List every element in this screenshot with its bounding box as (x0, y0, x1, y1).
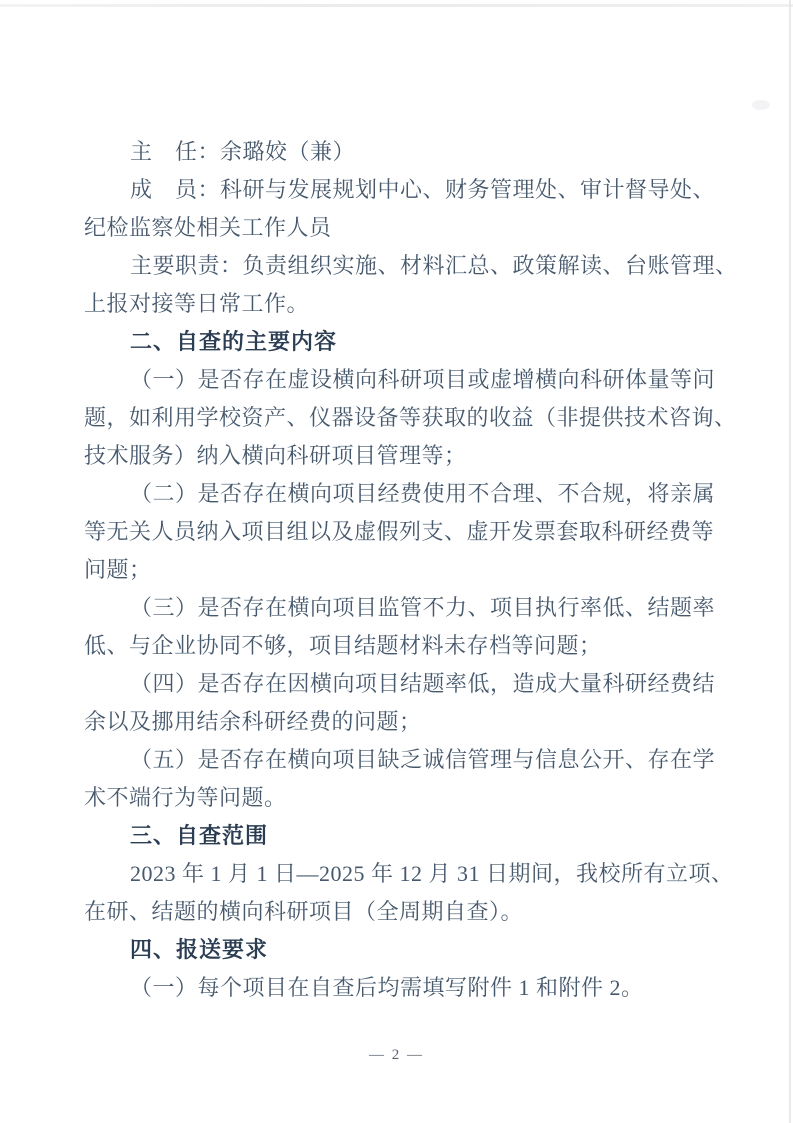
document-body: 主 任：余璐姣（兼）成 员：科研与发展规划中心、财务管理处、审计督导处、纪检监察… (84, 133, 730, 1007)
document-line: 在研、结题的横向科研项目（全周期自查）。 (84, 893, 730, 931)
document-line: 低、与企业协同不够，项目结题材料未存档等问题； (84, 627, 730, 665)
scan-artifact-smudge (752, 100, 770, 110)
document-line: 主要职责：负责组织实施、材料汇总、政策解读、台账管理、 (84, 247, 730, 285)
page-footer: — 2 — (0, 1046, 793, 1064)
document-line: 成 员：科研与发展规划中心、财务管理处、审计督导处、 (84, 171, 730, 209)
document-line: （五）是否存在横向项目缺乏诚信管理与信息公开、存在学 (84, 741, 730, 779)
document-line: 余以及挪用结余科研经费的问题； (84, 703, 730, 741)
document-line: （二）是否存在横向项目经费使用不合理、不合规，将亲属 (84, 475, 730, 513)
document-line: 术不端行为等问题。 (84, 779, 730, 817)
document-line: 等无关人员纳入项目组以及虚假列支、虚开发票套取科研经费等 (84, 513, 730, 551)
section-heading: 二、自查的主要内容 (84, 323, 730, 361)
scan-artifact-top-edge (0, 4, 793, 7)
scan-artifact-right-edge (789, 0, 791, 1123)
document-page: 主 任：余璐姣（兼）成 员：科研与发展规划中心、财务管理处、审计督导处、纪检监察… (0, 0, 793, 1123)
section-heading: 四、报送要求 (84, 931, 730, 969)
document-line: （四）是否存在因横向项目结题率低，造成大量科研经费结 (84, 665, 730, 703)
document-line: 问题； (84, 551, 730, 589)
document-line: 上报对接等日常工作。 (84, 285, 730, 323)
document-line: 2023 年 1 月 1 日—2025 年 12 月 31 日期间，我校所有立项… (84, 855, 730, 893)
document-line: 主 任：余璐姣（兼） (84, 133, 730, 171)
document-line: 纪检监察处相关工作人员 (84, 209, 730, 247)
document-line: （一）是否存在虚设横向科研项目或虚增横向科研体量等问 (84, 361, 730, 399)
document-line: 技术服务）纳入横向科研项目管理等； (84, 437, 730, 475)
page-number: — 2 — (369, 1047, 424, 1063)
document-line: （三）是否存在横向项目监管不力、项目执行率低、结题率 (84, 589, 730, 627)
section-heading: 三、自查范围 (84, 817, 730, 855)
document-line: （一）每个项目在自查后均需填写附件 1 和附件 2。 (84, 969, 730, 1007)
document-line: 题，如利用学校资产、仪器设备等获取的收益（非提供技术咨询、 (84, 399, 730, 437)
